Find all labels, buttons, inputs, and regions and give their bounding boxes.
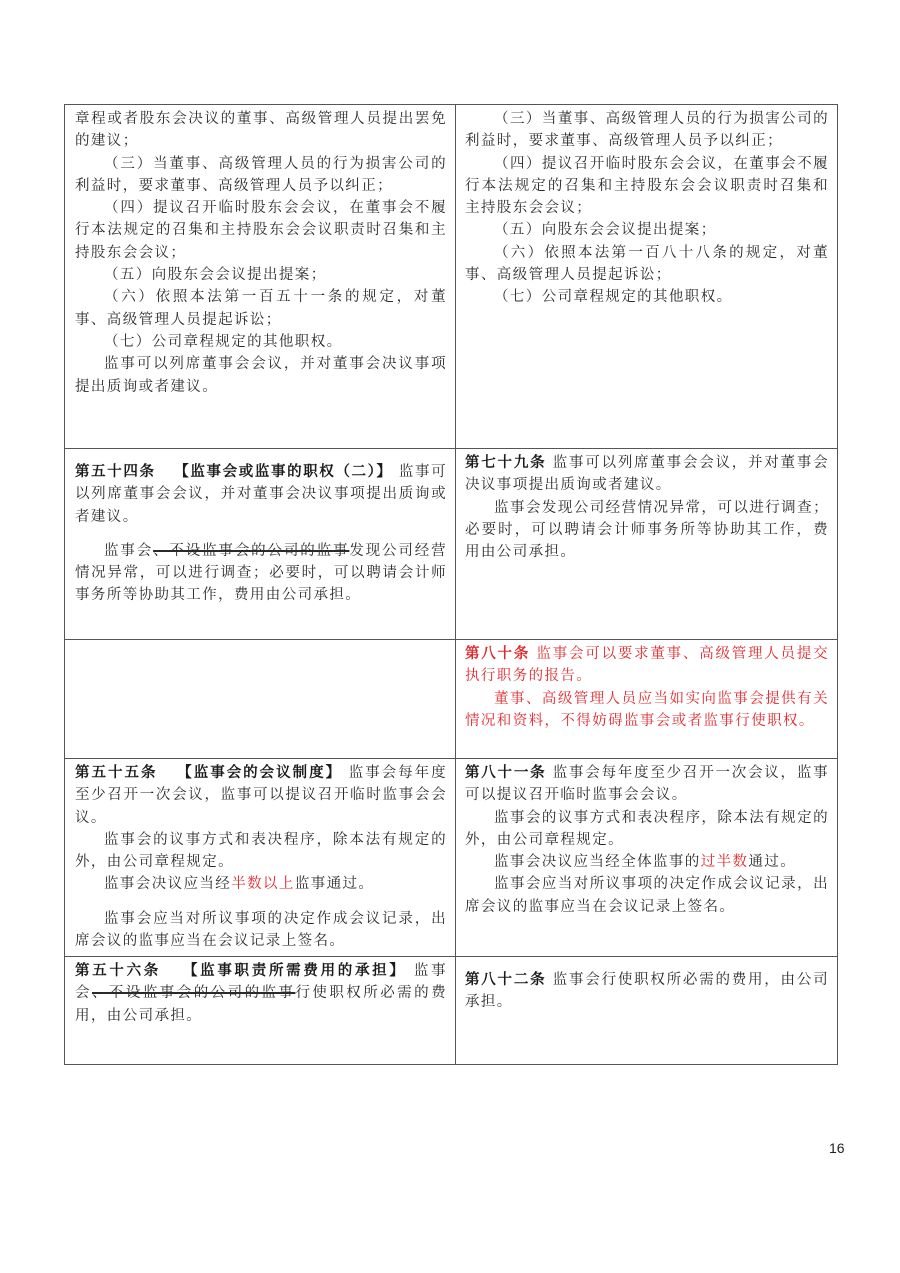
article-number: 第八十二条 xyxy=(465,971,546,988)
paragraph: 监事会决议应当经全体监事的过半数通过。 xyxy=(465,851,829,873)
paragraph: （七）公司章程规定的其他职权。 xyxy=(465,286,829,308)
paragraph: （五）向股东会会议提出提案； xyxy=(75,264,447,286)
article-number: 第八十条 xyxy=(465,645,530,662)
article-heading: 【监事会的会议制度】 xyxy=(177,764,342,781)
paragraph: 章程或者股东会决议的董事、高级管理人员提出罢免的建议； xyxy=(75,108,447,153)
old-law-cell: 章程或者股东会决议的董事、高级管理人员提出罢免的建议； （三）当董事、高级管理人… xyxy=(65,105,456,448)
paragraph: （五）向股东会会议提出提案； xyxy=(465,219,829,241)
law-comparison-table: 章程或者股东会决议的董事、高级管理人员提出罢免的建议； （三）当董事、高级管理人… xyxy=(64,104,838,1065)
table-row: 章程或者股东会决议的董事、高级管理人员提出罢免的建议； （三）当董事、高级管理人… xyxy=(65,105,837,448)
article-number: 第五十五条 xyxy=(75,764,157,781)
paragraph: 监事会、不设监事会的公司的监事发现公司经营情况异常，可以进行调查；必要时，可以聘… xyxy=(75,540,447,607)
paragraph: 第七十九条 监事可以列席董事会会议，并对董事会决议事项提出质询或者建议。 xyxy=(465,452,829,497)
deleted-text: 、不设监事会的公司的监事 xyxy=(153,543,349,559)
paragraph: （四）提议召开临时股东会会议，在董事会不履行本法规定的召集和主持股东会会议职责时… xyxy=(465,153,829,220)
old-law-cell: 第五十五条 【监事会的会议制度】 监事会每年度至少召开一次会议，监事可以提议召开… xyxy=(65,759,456,956)
article-number: 第五十六条 xyxy=(75,962,161,979)
paragraph: 第五十六条 【监事职责所需费用的承担】 监事会、不设监事会的公司的监事行使职权所… xyxy=(75,960,447,1027)
paragraph: 监事会应当对所议事项的决定作成会议记录，出席会议的监事应当在会议记录上签名。 xyxy=(465,873,829,918)
deleted-text: 、不设监事会的公司的监事 xyxy=(92,985,295,1001)
new-law-cell: 第八十一条 监事会每年度至少召开一次会议，监事可以提议召开临时监事会会议。 监事… xyxy=(456,759,837,956)
old-law-cell-empty xyxy=(65,640,456,758)
paragraph: （三）当董事、高级管理人员的行为损害公司的利益时，要求董事、高级管理人员予以纠正… xyxy=(465,108,829,153)
paragraph: （四）提议召开临时股东会会议，在董事会不履行本法规定的召集和主持股东会会议职责时… xyxy=(75,197,447,264)
new-law-cell: 第八十二条 监事会行使职权所必需的费用，由公司承担。 xyxy=(456,957,837,1064)
table-row: 第八十条 监事会可以要求董事、高级管理人员提交执行职务的报告。 董事、高级管理人… xyxy=(65,639,837,758)
paragraph: 监事可以列席董事会会议，并对董事会决议事项提出质询或者建议。 xyxy=(75,353,447,398)
old-law-cell: 第五十六条 【监事职责所需费用的承担】 监事会、不设监事会的公司的监事行使职权所… xyxy=(65,957,456,1064)
new-law-cell: （三）当董事、高级管理人员的行为损害公司的利益时，要求董事、高级管理人员予以纠正… xyxy=(456,105,837,448)
paragraph: （三）当董事、高级管理人员的行为损害公司的利益时，要求董事、高级管理人员予以纠正… xyxy=(75,153,447,198)
paragraph: （六）依照本法第一百五十一条的规定，对董事、高级管理人员提起诉讼； xyxy=(75,286,447,331)
paragraph: 监事会发现公司经营情况异常，可以进行调查；必要时，可以聘请会计师事务所等协助其工… xyxy=(465,497,829,564)
article-number: 第七十九条 xyxy=(465,454,546,471)
paragraph: 监事会的议事方式和表决程序，除本法有规定的外，由公司章程规定。 xyxy=(75,829,447,874)
article-heading: 【监事会或监事的职权（二）】 xyxy=(174,463,392,480)
paragraph: 第八十条 监事会可以要求董事、高级管理人员提交执行职务的报告。 xyxy=(465,643,829,688)
article-number: 第八十一条 xyxy=(465,764,546,781)
paragraph: 董事、高级管理人员应当如实向监事会提供有关情况和资料，不得妨碍监事会或者监事行使… xyxy=(465,688,829,733)
table-row: 第五十六条 【监事职责所需费用的承担】 监事会、不设监事会的公司的监事行使职权所… xyxy=(65,956,837,1064)
paragraph: 监事会应当对所议事项的决定作成会议记录，出席会议的监事应当在会议记录上签名。 xyxy=(75,908,447,953)
paragraph: （七）公司章程规定的其他职权。 xyxy=(75,331,447,353)
page-number: 16 xyxy=(829,1140,845,1156)
paragraph: 第五十四条 【监事会或监事的职权（二）】 监事可以列席董事会会议，并对董事会决议… xyxy=(75,461,447,528)
paragraph: 监事会的议事方式和表决程序，除本法有规定的外，由公司章程规定。 xyxy=(465,807,829,852)
article-heading: 【监事职责所需费用的承担】 xyxy=(183,962,407,979)
paragraph: 第八十二条 监事会行使职权所必需的费用，由公司承担。 xyxy=(465,969,829,1014)
paragraph: 第八十一条 监事会每年度至少召开一次会议，监事可以提议召开临时监事会会议。 xyxy=(465,762,829,807)
paragraph: 第五十五条 【监事会的会议制度】 监事会每年度至少召开一次会议，监事可以提议召开… xyxy=(75,762,447,829)
paragraph: 监事会决议应当经半数以上监事通过。 xyxy=(75,873,447,895)
table-row: 第五十五条 【监事会的会议制度】 监事会每年度至少召开一次会议，监事可以提议召开… xyxy=(65,758,837,956)
table-row: 第五十四条 【监事会或监事的职权（二）】 监事可以列席董事会会议，并对董事会决议… xyxy=(65,448,837,639)
changed-text: 过半数 xyxy=(701,854,749,870)
new-law-cell: 第七十九条 监事可以列席董事会会议，并对董事会决议事项提出质询或者建议。 监事会… xyxy=(456,449,837,639)
old-law-cell: 第五十四条 【监事会或监事的职权（二）】 监事可以列席董事会会议，并对董事会决议… xyxy=(65,449,456,639)
new-law-cell: 第八十条 监事会可以要求董事、高级管理人员提交执行职务的报告。 董事、高级管理人… xyxy=(456,640,837,758)
article-number: 第五十四条 xyxy=(75,463,156,480)
changed-text: 半数以上 xyxy=(231,876,295,892)
paragraph: （六）依照本法第一百八十八条的规定，对董事、高级管理人员提起诉讼； xyxy=(465,242,829,287)
